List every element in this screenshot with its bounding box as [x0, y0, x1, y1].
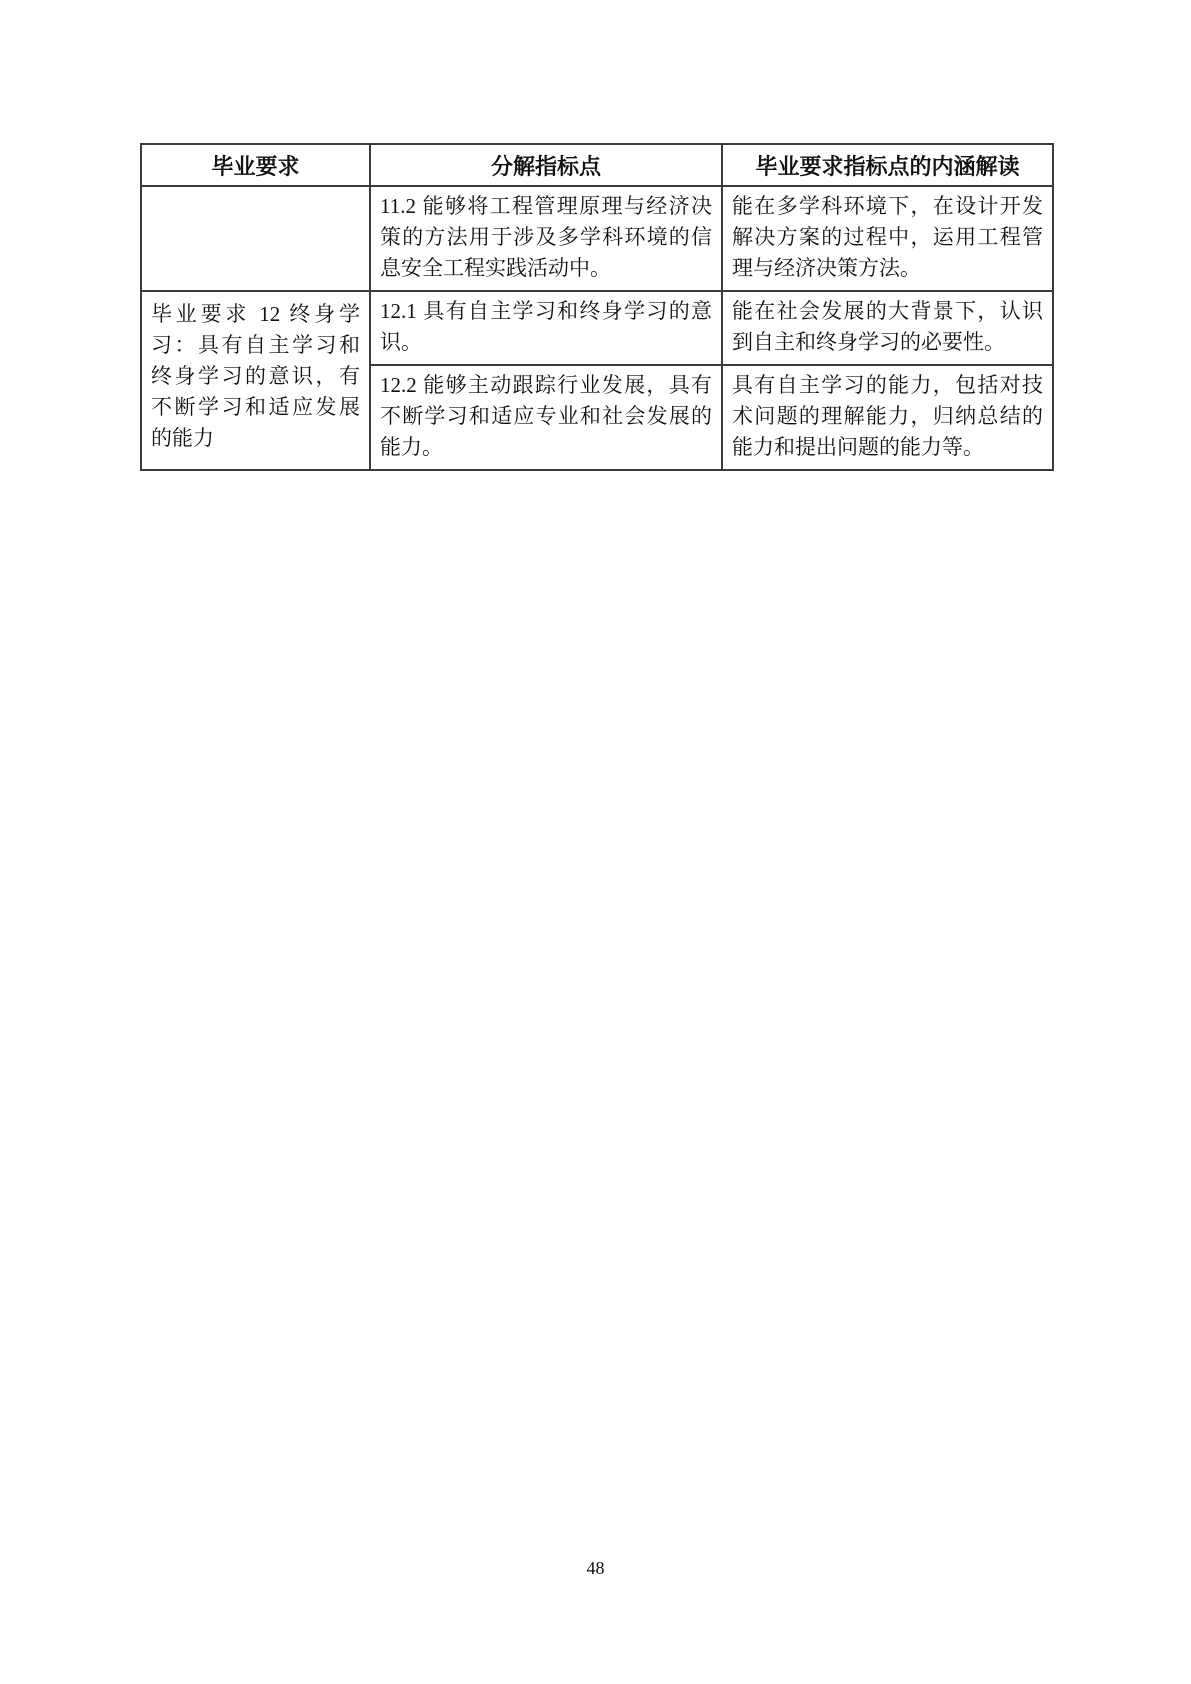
- document-page: 毕业要求 分解指标点 毕业要求指标点的内涵解读 11.2 能够将工程管理原理与经…: [0, 0, 1191, 1684]
- cell-interpretation-12-1: 能在社会发展的大背景下，认识到自主和终身学习的必要性。: [722, 291, 1053, 365]
- cell-requirement-12-lifelong-learning: 毕业要求 12 终身学习：具有自主学习和终身学习的意识，有不断学习和适应发展的能…: [141, 291, 370, 470]
- column-header-graduation-requirement: 毕业要求: [141, 144, 370, 186]
- cell-interpretation-12-2: 具有自主学习的能力，包括对技术问题的理解能力，归纳总结的能力和提出问题的能力等。: [722, 365, 1053, 470]
- cell-requirement-empty: [141, 186, 370, 291]
- cell-interpretation-11-2: 能在多学科环境下，在设计开发解决方案的过程中，运用工程管理与经济决策方法。: [722, 186, 1053, 291]
- cell-indicator-12-2: 12.2 能够主动跟踪行业发展，具有不断学习和适应专业和社会发展的能力。: [370, 365, 722, 470]
- column-header-indicator-interpretation: 毕业要求指标点的内涵解读: [722, 144, 1053, 186]
- column-header-decomposed-indicator: 分解指标点: [370, 144, 722, 186]
- table-row-indicator-12-1: 毕业要求 12 终身学习：具有自主学习和终身学习的意识，有不断学习和适应发展的能…: [141, 291, 1053, 365]
- page-number: 48: [0, 1558, 1191, 1579]
- cell-indicator-12-1: 12.1 具有自主学习和终身学习的意识。: [370, 291, 722, 365]
- graduation-requirements-table: 毕业要求 分解指标点 毕业要求指标点的内涵解读 11.2 能够将工程管理原理与经…: [140, 143, 1054, 471]
- table-header-row: 毕业要求 分解指标点 毕业要求指标点的内涵解读: [141, 144, 1053, 186]
- table-row-indicator-11-2: 11.2 能够将工程管理原理与经济决策的方法用于涉及多学科环境的信息安全工程实践…: [141, 186, 1053, 291]
- cell-indicator-11-2: 11.2 能够将工程管理原理与经济决策的方法用于涉及多学科环境的信息安全工程实践…: [370, 186, 722, 291]
